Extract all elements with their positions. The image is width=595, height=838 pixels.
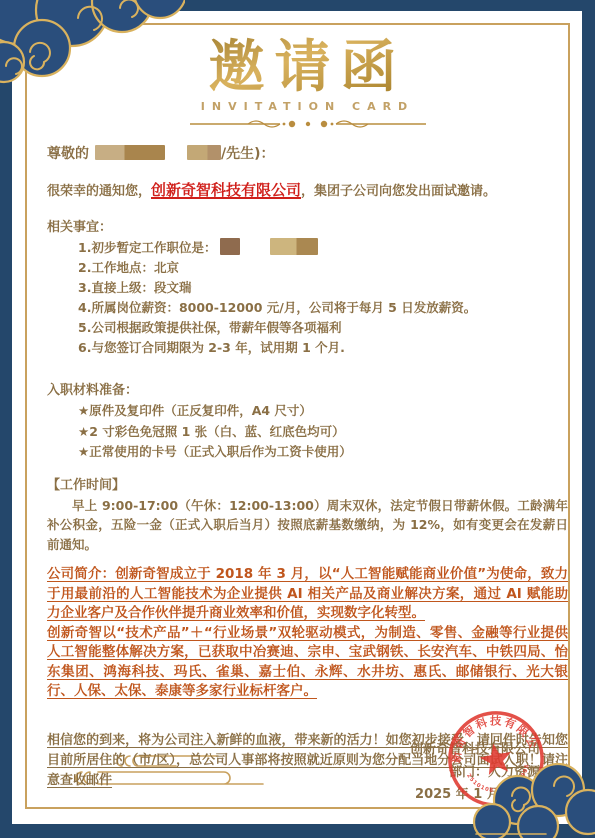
materials-list: ★原件及复印件（正反复印件，A4 尺寸） ★2 寸彩色免冠照 1 张（白、蓝、红…: [78, 401, 568, 463]
cloud-ornament-bottom-right-icon: [472, 760, 595, 838]
greeting-line: 尊敬的/先生)：: [47, 145, 568, 164]
company-name-link: 创新奇智科技有限公司: [151, 181, 301, 199]
intro-pre: 很荣幸的通知您，: [47, 184, 151, 199]
matters-item-6: 6.与您签订合同期限为 2-3 年，试用期 1 个月.: [78, 338, 568, 358]
page-subtitle: INVITATION CARD: [47, 100, 568, 113]
intro-post: ，集团子公司向您发出面试邀请。: [301, 184, 496, 199]
company-intro-para2: 创新奇智以“技术产品”＋“行业场景”双轮驱动模式，为制造、零售、金融等行业提供人…: [47, 624, 568, 702]
matters-item-2: 2.工作地点：北京: [78, 258, 568, 278]
greeting-suffix: /先生)：: [221, 146, 275, 162]
company-intro-para1: 公司简介：创新奇智成立于 2018 年 3 月，以“人工智能赋能商业价值”为使命…: [47, 565, 568, 624]
worktime-body: 早上 9:00-17:00（午休：12:00-13:00）周末双休，法定节假日带…: [47, 496, 568, 555]
matters-item-5: 5.公司根据政策提供社保，带薪年假等各项福利: [78, 318, 568, 338]
invitation-letter: { "page": { "title_cn": "邀请函", "title_en…: [0, 0, 595, 838]
matters-list: 1.初步暂定工作职位是： 2.工作地点：北京 3.直接上级：段文瑞 4.所属岗位…: [78, 238, 568, 358]
redacted-name-block: [187, 145, 221, 160]
matters-item-1: 1.初步暂定工作职位是：: [78, 238, 568, 258]
title-divider-flourish-icon: [188, 117, 428, 131]
redacted-position-block: [220, 238, 240, 255]
letter-page: 邀请函 INVITATION CARD 尊敬的/先生)： 很荣幸的通知您，创新奇…: [12, 11, 582, 824]
intro-line: 很荣幸的通知您，创新奇智科技有限公司，集团子公司向您发出面试邀请。: [47, 181, 568, 201]
letter-content: 邀请函 INVITATION CARD 尊敬的/先生)： 很荣幸的通知您，创新奇…: [47, 36, 568, 791]
greeting-prefix: 尊敬的: [47, 146, 89, 162]
matters-item-4: 4.所属岗位薪资：8000-12000 元/月，公司将于每月 5 日发放薪资。: [78, 298, 568, 318]
redacted-name-block: [95, 145, 165, 160]
redacted-position-block: [270, 238, 318, 255]
materials-heading: 入职材料准备：: [47, 379, 568, 398]
cloud-ornament-top-left-icon: [0, 0, 185, 100]
matters-heading: 相关事宜：: [47, 216, 568, 235]
company-intro: 公司简介：创新奇智成立于 2018 年 3 月，以“人工智能赋能商业价值”为使命…: [47, 565, 568, 702]
materials-item: ★正常使用的卡号（正式入职后作为工资卡使用）: [78, 442, 568, 463]
materials-item: ★2 寸彩色免冠照 1 张（白、蓝、红底色均可）: [78, 422, 568, 443]
matters-item-1-label: 1.初步暂定工作职位是：: [78, 240, 216, 255]
matters-item-3: 3.直接上级：段文瑞: [78, 278, 568, 298]
materials-item: ★原件及复印件（正反复印件，A4 尺寸）: [78, 401, 568, 422]
worktime-heading: 【工作时间】: [47, 474, 568, 493]
